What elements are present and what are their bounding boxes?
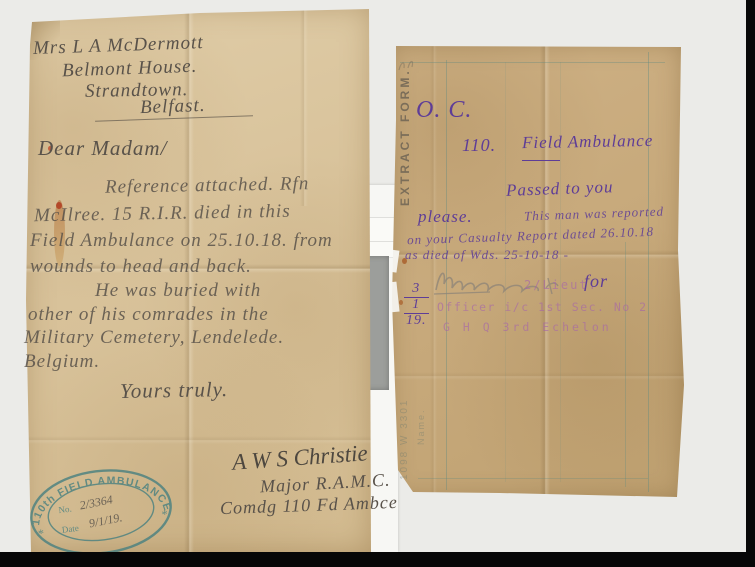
letter-body-line: Belgium. [24,352,100,371]
addressee-line: O. C. [416,98,472,122]
date-year: 19. [404,314,429,329]
letter-body-line: wounds to head and back. [30,257,252,276]
form-code-vertical: 1098 W 3301 [399,360,410,480]
letter-body-line: other of his comrades in the [28,305,269,324]
rubber-stamp-officer: Officer i/c 1st Sec. No 2 [437,300,648,314]
scan-edge-right [746,0,755,567]
unit-name: Field Ambulance [522,132,654,151]
form-name-label-vertical: Name. [416,405,426,445]
note-body-line: as died of Wds. 25-10-18 - [405,248,569,261]
unit-underline [522,158,560,161]
form-rule [400,62,665,63]
form-rule [648,52,649,492]
oval-stamp-date-value: 9/1/19. [88,510,124,530]
date-month: 1 [404,298,429,314]
scan-edge-bottom [0,552,755,567]
salutation: Dear Madam/ [38,138,167,159]
rust-spot [399,300,403,305]
corner-scribble [396,56,416,83]
oval-stamp-star-left: * [37,526,45,541]
form-rule [625,242,626,487]
address-line: Belfast. [140,96,206,117]
form-rule [418,478,648,479]
oval-stamp-no-label: No. [58,504,72,516]
address-line: Belmont House. [62,57,198,81]
date-day: 3 [404,282,429,298]
rubber-stamp-ghq: G H Q 3rd Echelon [443,320,612,334]
scanned-documents: Mrs L A McDermott Belmont House. Strandt… [0,0,755,567]
oval-unit-stamp: 110th FIELD AMBULANCE * * No. 2/3364 Dat… [21,457,181,567]
letter-body-line: He was buried with [95,281,261,300]
note-body-line: Passed to you [506,178,614,199]
oval-stamp-date-label: Date [61,523,79,535]
for-word: for [584,272,608,290]
letter-body-line: Field Ambulance on 25.10.18. from [30,231,333,250]
note-body-line: please. [418,208,473,225]
letter-body-line: Military Cemetery, Lendelede. [24,328,284,347]
fold-crease [388,372,684,380]
oval-stamp-no-value: 2/3364 [78,492,113,512]
date-stack: 3 1 19. [404,282,429,329]
unit-number: 110. [462,136,496,154]
letter-body-line: McIlree. 15 R.I.R. died in this [34,202,291,225]
closing: Yours truly. [120,379,228,402]
letter-body-line: Reference attached. Rfn [105,174,310,197]
